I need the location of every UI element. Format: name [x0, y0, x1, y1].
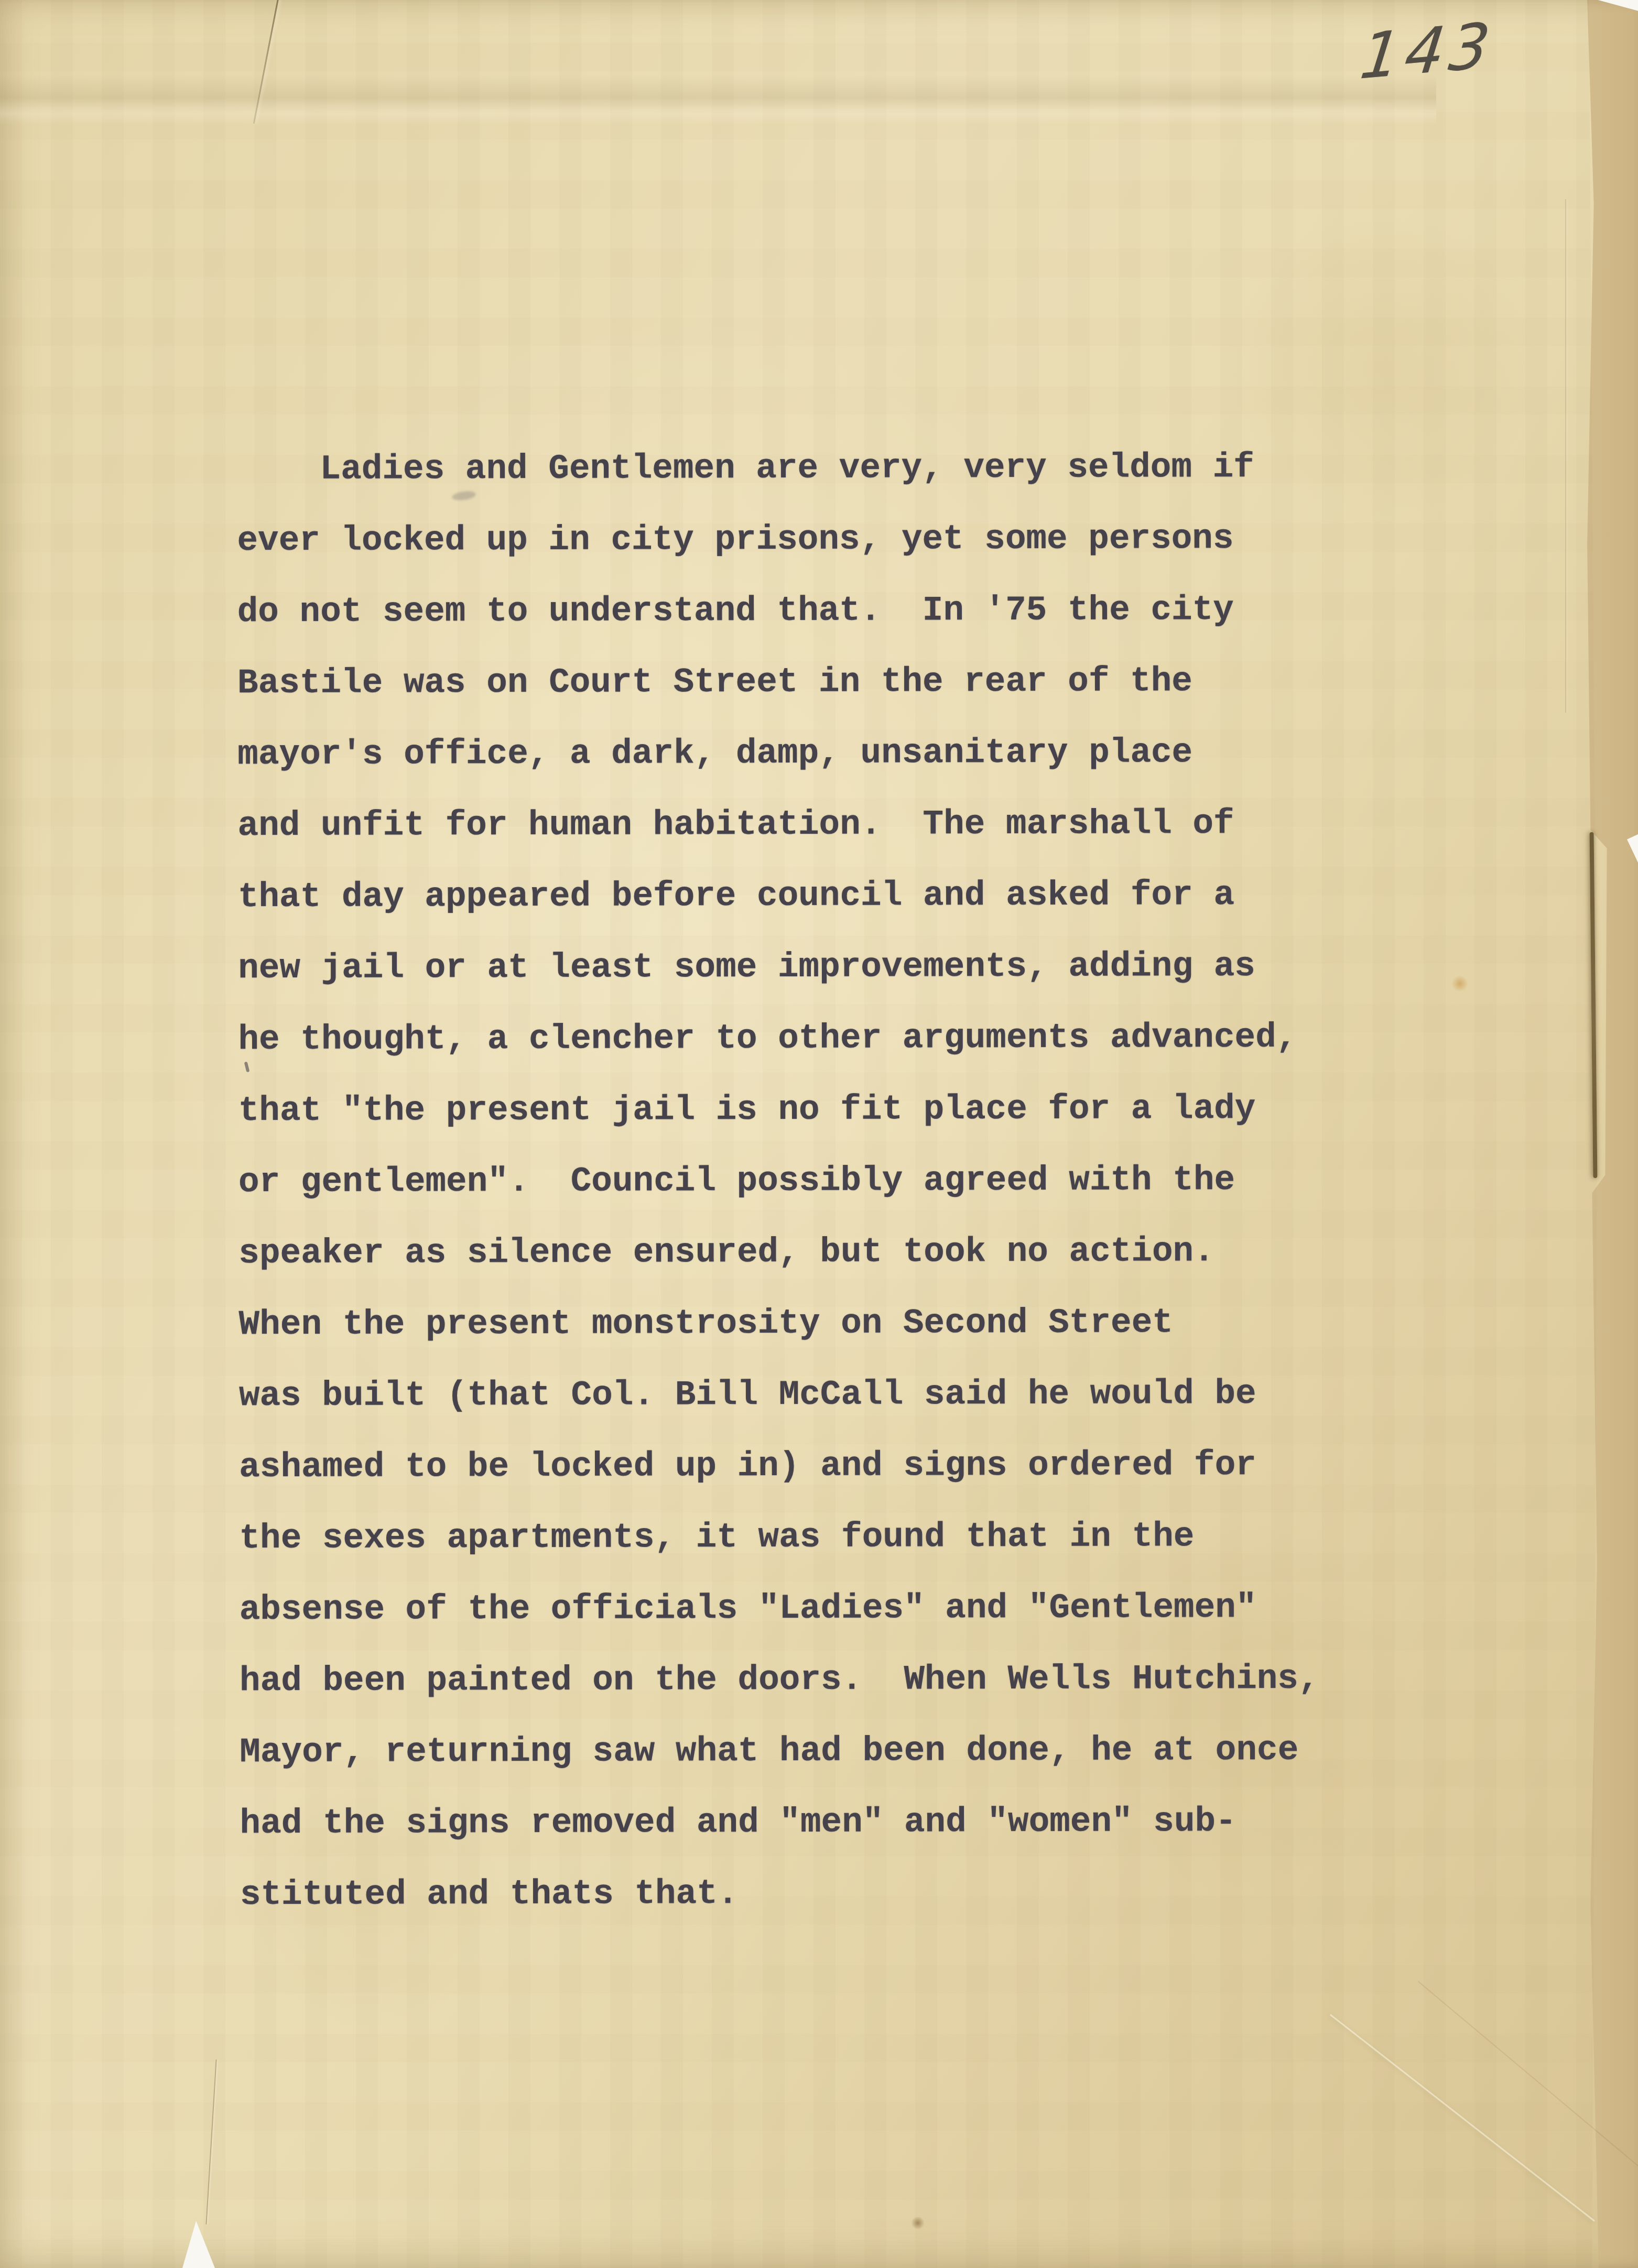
right-side-crease — [1565, 199, 1566, 713]
top-fold-crease — [0, 74, 1436, 125]
handwritten-page-number: 143 — [1357, 8, 1499, 93]
ink-stain-dot-bottom — [911, 2217, 925, 2229]
typewritten-paragraph: Ladies and Gentlemen are very, very seld… — [237, 432, 1320, 1931]
scanned-document-page: 143 Ladies and Gentlemen are very, very … — [0, 0, 1638, 2268]
ink-stain-dot-right — [1451, 976, 1469, 991]
